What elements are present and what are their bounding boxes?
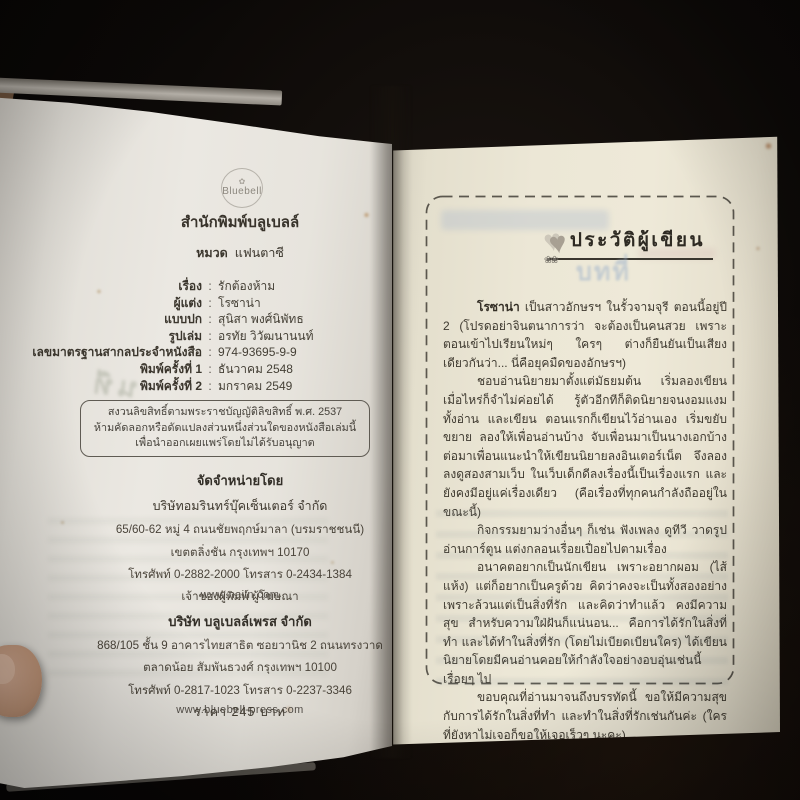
distributor-header: จัดจำหน่ายโดย bbox=[60, 470, 420, 491]
publisher-header: เจ้าของผู้พิมพ์ ผู้โฆษณา bbox=[60, 588, 420, 606]
detail-value: รักต้องห้าม bbox=[218, 278, 366, 295]
heart-icon: ♥ bbox=[548, 232, 569, 256]
copyright-line: สงวนลิขสิทธิ์ตามพระราชบัญญัติลิขสิทธิ์ พ… bbox=[108, 405, 342, 421]
right-page: ♥ ประวัติผู้เขียน ❀❀ บทที่ โรซาน่า เป็นส… bbox=[386, 128, 786, 752]
author-name: โรซาน่า bbox=[477, 300, 520, 314]
bio-paragraph: ขอบคุณที่อ่านมาจนถึงบรรทัดนี้ ขอให้มีควา… bbox=[443, 688, 727, 744]
bluebell-logo-text: Bluebell bbox=[222, 186, 262, 197]
detail-label: เรื่อง bbox=[30, 278, 202, 295]
distributor-address: 65/60-62 หมู่ 4 ถนนชัยพฤกษ์มาลา (บรมราชช… bbox=[60, 521, 420, 539]
foxing-stain bbox=[755, 246, 761, 251]
bluebell-logo: ✿ Bluebell bbox=[221, 168, 263, 208]
detail-label: เลขมาตรฐานสากลประจำหนังสือ bbox=[30, 344, 202, 361]
publisher-address: ตลาดน้อย สัมพันธวงศ์ กรุงเทพฯ 10100 bbox=[60, 659, 420, 677]
price: ราคา 245 บาท bbox=[60, 702, 420, 722]
detail-value: มกราคม 2549 bbox=[218, 378, 366, 395]
copyright-line: ห้ามคัดลอกหรือดัดแปลงส่วนหนึ่งส่วนใดของห… bbox=[94, 421, 356, 437]
detail-label: รูปเล่ม bbox=[30, 328, 202, 345]
imprint-title: สำนักพิมพ์บลูเบลล์ bbox=[60, 210, 420, 234]
author-bio-heading-row: ♥ ประวัติผู้เขียน bbox=[549, 225, 713, 260]
detail-colon: : bbox=[202, 344, 218, 361]
detail-label: พิมพ์ครั้งที่ 2 bbox=[30, 378, 202, 395]
publisher-block: เจ้าของผู้พิมพ์ ผู้โฆษณา บริษัท บลูเบลล์… bbox=[60, 588, 420, 716]
detail-colon: : bbox=[202, 328, 218, 345]
publisher-phone: โทรศัพท์ 0-2817-1023 โทรสาร 0-2237-3346 bbox=[60, 682, 420, 700]
detail-row: รูปเล่ม : อรทัย วิวัฒนานนท์ bbox=[30, 328, 366, 345]
detail-row: พิมพ์ครั้งที่ 1 : ธันวาคม 2548 bbox=[30, 361, 366, 378]
detail-colon: : bbox=[202, 378, 218, 395]
foxing-stain bbox=[764, 142, 773, 150]
copyright-box: สงวนลิขสิทธิ์ตามพระราชบัญญัติลิขสิทธิ์ พ… bbox=[80, 400, 370, 457]
show-through-text: บทที่ bbox=[576, 252, 631, 292]
book-details: เรื่อง : รักต้องห้าม ผู้แต่ง : โรซาน่า แ… bbox=[30, 278, 366, 394]
publisher-address: 868/105 ชั้น 9 อาคารไทยสาธิต ซอยวานิช 2 … bbox=[60, 637, 420, 655]
detail-value: โรซาน่า bbox=[218, 295, 366, 312]
detail-colon: : bbox=[202, 278, 218, 295]
distributor-block: จัดจำหน่ายโดย บริษัทอมรินทร์บุ๊คเซ็นเตอร… bbox=[60, 470, 420, 601]
detail-row: พิมพ์ครั้งที่ 2 : มกราคม 2549 bbox=[30, 378, 366, 395]
detail-label: แบบปก bbox=[30, 311, 202, 328]
page-title: ประวัติผู้เขียน bbox=[570, 225, 705, 255]
detail-row: แบบปก : สุนิสา พงศ์นิพัทธ bbox=[30, 311, 366, 328]
detail-value: สุนิสา พงศ์นิพัทธ bbox=[218, 311, 366, 328]
book-gutter-shadow bbox=[370, 86, 412, 758]
distributor-address: เขตตลิ่งชัน กรุงเทพฯ 10170 bbox=[60, 544, 420, 562]
show-through-lines bbox=[436, 510, 728, 688]
distributor-phone: โทรศัพท์ 0-2882-2000 โทรสาร 0-2434-1384 bbox=[60, 566, 420, 584]
bio-paragraph: ชอบอ่านนิยายมาตั้งแต่มัธยมต้น เริ่มลองเข… bbox=[443, 372, 727, 521]
clover-icon: ❀❀ bbox=[544, 255, 557, 266]
copyright-line: เพื่อนำออกเผยแพร่โดยไม่ได้รับอนุญาต bbox=[135, 436, 314, 452]
detail-label: ผู้แต่ง bbox=[30, 295, 202, 312]
category-label: หมวด bbox=[196, 246, 228, 260]
detail-row: ผู้แต่ง : โรซาน่า bbox=[30, 295, 366, 312]
left-page: นที ✿ Bluebell สำนักพิมพ์บลูเบลล์ หมวดแฟ… bbox=[0, 88, 392, 788]
detail-value: อรทัย วิวัฒนานนท์ bbox=[218, 328, 366, 345]
detail-colon: : bbox=[202, 295, 218, 312]
book-photo: นที ✿ Bluebell สำนักพิมพ์บลูเบลล์ หมวดแฟ… bbox=[0, 0, 800, 800]
category-line: หมวดแฟนตาซี bbox=[60, 243, 420, 263]
detail-row: เลขมาตรฐานสากลประจำหนังสือ : 974-93695-9… bbox=[30, 344, 366, 361]
thumb-nail bbox=[0, 654, 15, 684]
flower-icon: ✿ bbox=[239, 179, 246, 185]
publisher-company: บริษัท บลูเบลล์เพรส จำกัด bbox=[60, 611, 420, 632]
bio-paragraph: โรซาน่า เป็นสาวอักษรฯ ในรั้วจามจุรี ตอนน… bbox=[443, 298, 727, 372]
distributor-company: บริษัทอมรินทร์บุ๊คเซ็นเตอร์ จำกัด bbox=[60, 496, 420, 516]
detail-colon: : bbox=[202, 311, 218, 328]
detail-label: พิมพ์ครั้งที่ 1 bbox=[30, 361, 202, 378]
detail-value: 974-93695-9-9 bbox=[218, 344, 366, 361]
detail-colon: : bbox=[202, 361, 218, 378]
category-value: แฟนตาซี bbox=[235, 246, 284, 260]
detail-row: เรื่อง : รักต้องห้าม bbox=[30, 278, 366, 295]
detail-value: ธันวาคม 2548 bbox=[218, 361, 366, 378]
